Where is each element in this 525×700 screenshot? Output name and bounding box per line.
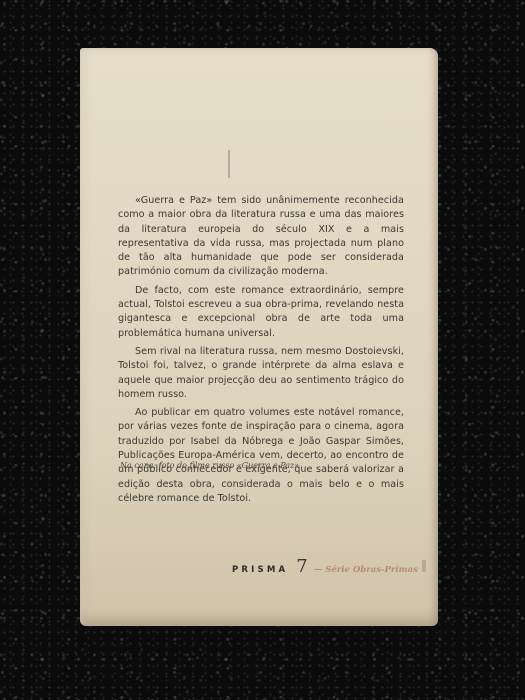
blurb-paragraph: Ao publicar em quatro volumes este notáv… bbox=[118, 406, 404, 506]
blurb-paragraph: Sem rival na literatura russa, nem mesmo… bbox=[118, 345, 404, 402]
series-name: Série Obras-Primas bbox=[325, 565, 418, 575]
series-name-wrapper: —Série Obras-Primas bbox=[314, 565, 418, 575]
series-imprint: PRISMA 7 —Série Obras-Primas bbox=[232, 556, 418, 577]
blurb-paragraph: «Guerra e Paz» tem sido unânimemente rec… bbox=[118, 194, 404, 280]
cover-photo-credit: Na capa: foto do filme russo «Guerra e P… bbox=[120, 461, 299, 470]
paper-crease-mark bbox=[228, 150, 230, 178]
series-brand: PRISMA bbox=[232, 565, 288, 575]
print-mark bbox=[422, 560, 426, 572]
series-dash: — bbox=[314, 565, 323, 575]
book-back-cover: «Guerra e Paz» tem sido unânimemente rec… bbox=[80, 48, 438, 626]
series-number: 7 bbox=[296, 556, 307, 577]
blurb-paragraph: De facto, com este romance extraordinári… bbox=[118, 284, 404, 341]
